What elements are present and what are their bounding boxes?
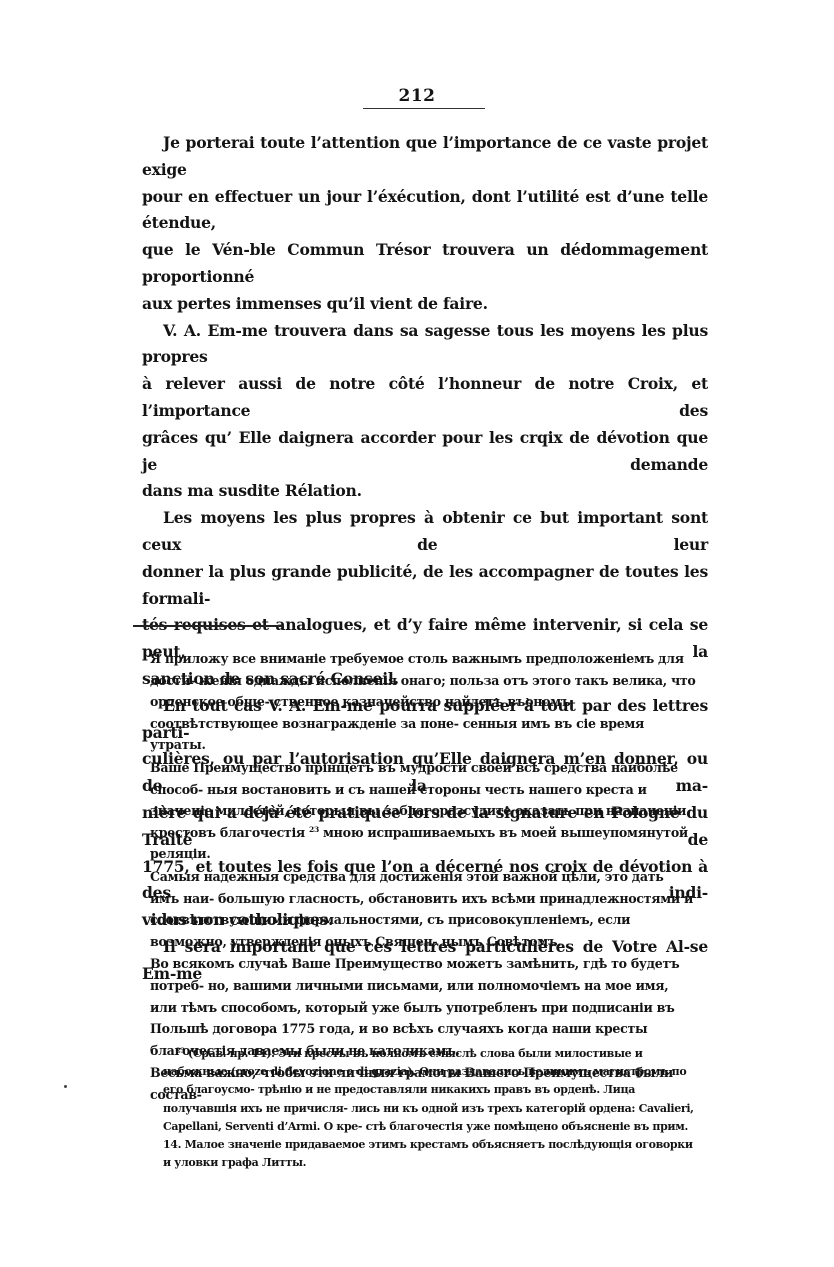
footnote-marker: 23: [176, 1046, 184, 1054]
text-line-end: мною: [323, 825, 363, 840]
footnote-reference-23[interactable]: 23: [309, 825, 319, 834]
text-line: dans ma susdite Rélation.: [142, 478, 708, 505]
french-paragraph-2: V. A. Em-me trouvera dans sa sagesse tou…: [142, 318, 708, 506]
text-line: нымъ Совѣтомъ.: [441, 934, 561, 949]
text-line: aux pertes immenses qu’il vient de faire…: [142, 291, 708, 318]
footnote-23: 23 (Срав. пр. 14). Эти кресты въ полномъ…: [163, 1045, 695, 1172]
scan-speck: [64, 1085, 67, 1088]
russian-translation-block: Я приложу все вниманіе требуемое столь в…: [150, 648, 696, 1105]
text-line: à relever aussi de notre côté l’honneur …: [142, 371, 708, 425]
russian-paragraph-1: Я приложу все вниманіе требуемое столь в…: [150, 648, 696, 756]
text-line: Je porterai toute l’attention que l’impo…: [142, 130, 708, 184]
footnote-separator-rule: [133, 625, 283, 627]
text-line: V. A. Em-me trouvera dans sa sagesse tou…: [142, 318, 708, 372]
text-line: Les moyens les plus propres à obtenir ce…: [142, 505, 708, 559]
russian-paragraph-2: Ваше Преимущество прінщетъ въ мудрости с…: [150, 757, 696, 865]
page-number: 212: [0, 86, 834, 106]
page-number-rule: [363, 108, 485, 109]
text-line: que le Vén-ble Commun Trésor trouvera un…: [142, 237, 708, 291]
russian-paragraph-3: Самыя надежныя средства для достиженія э…: [150, 866, 696, 952]
footnote-paragraph: 23 (Срав. пр. 14). Эти кресты въ полномъ…: [163, 1045, 695, 1172]
text-line: pour en effectuer un jour l’éxécution, d…: [142, 184, 708, 238]
text-line: donner la plus grande publicité, de les …: [142, 559, 708, 613]
french-paragraph-1: Je porterai toute l’attention que l’impo…: [142, 130, 708, 318]
text-line: grâces qu’ Elle daignera accorder pour l…: [142, 425, 708, 479]
